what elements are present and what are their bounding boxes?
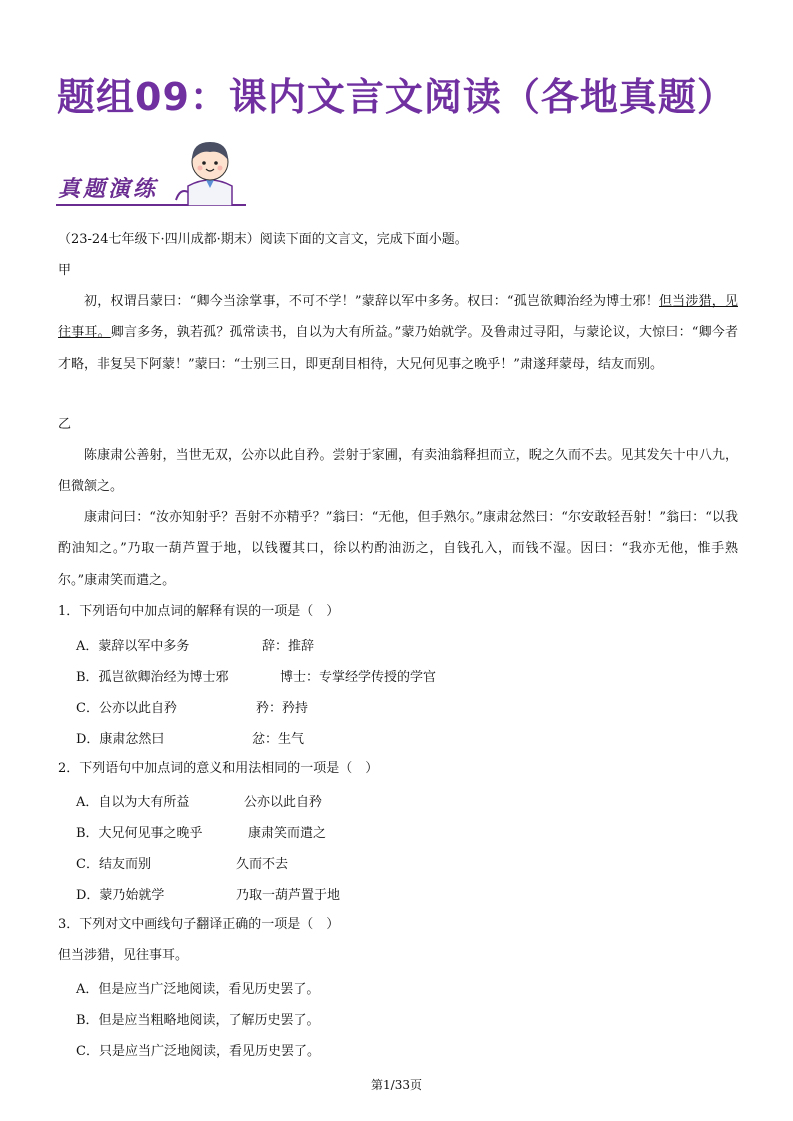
q1-option-d: D．康肃忿然曰忿：生气 (76, 728, 164, 747)
q1-option-a: A．蒙辞以军中多务辞：推辞 (76, 635, 189, 654)
q2-option-c: C．结友而别久而不去 (76, 853, 151, 872)
banner: 真题演练 (56, 134, 256, 210)
q2-option-d: D．蒙乃始就学乃取一葫芦置于地 (76, 884, 164, 903)
passage-jia-label: 甲 (58, 262, 71, 280)
question-3-stem: 3．下列对文中画线句子翻译正确的一项是（ ） (58, 916, 339, 934)
q2-option-b: B．大兄何见事之晚乎康肃笑而遣之 (76, 822, 203, 841)
passage-jia-part2: 卿言多务，孰若孤？孤常读书，自以为大有所益。”蒙乃始就学。及鲁肃过寻阳，与蒙论议… (58, 325, 738, 371)
passage-jia-text: 初，权谓吕蒙曰：“卿今当涂掌事，不可不学！”蒙辞以军中多务。权曰：“孤岂欲卿治经… (58, 286, 738, 380)
passage-yi-label: 乙 (58, 416, 71, 434)
q3-option-a: A．但是应当广泛地阅读，看见历史罢了。 (76, 978, 319, 997)
question-intro: （23-24七年级下·四川成都·期末）阅读下面的文言文，完成下面小题。 (58, 231, 468, 249)
q1-option-c: C．公亦以此自矜矜：矜持 (76, 697, 177, 716)
student-cartoon-icon (174, 134, 246, 206)
question-2-stem: 2．下列语句中加点词的意义和用法相同的一项是（ ） (58, 760, 378, 778)
q1-option-b: B．孤岂欲卿治经为博士邪博士：专掌经学传授的学官 (76, 666, 229, 685)
page-number: 第1/33页 (0, 1076, 793, 1093)
page-title: 题组09：课内文言文阅读（各地真题） (0, 66, 793, 121)
passage-yi-para2: 康肃问曰：“汝亦知射乎？吾射不亦精乎？”翁曰：“无他，但手熟尔。”康肃忿然曰：“… (58, 502, 738, 596)
banner-text: 真题演练 (58, 172, 158, 203)
passage-yi-para1: 陈康肃公善射，当世无双，公亦以此自矜。尝射于家圃，有卖油翁释担而立，睨之久而不去… (58, 440, 738, 503)
q3-option-b: B．但是应当粗略地阅读，了解历史罢了。 (76, 1009, 320, 1028)
q2-option-a: A．自以为大有所益公亦以此自矜 (76, 791, 189, 810)
question-3-sentence: 但当涉猎，见往事耳。 (58, 947, 188, 965)
q3-option-c: C．只是应当广泛地阅读，看见历史罢了。 (76, 1040, 320, 1059)
passage-jia-part1: 初，权谓吕蒙曰：“卿今当涂掌事，不可不学！”蒙辞以军中多务。权曰：“孤岂欲卿治经… (84, 294, 659, 309)
question-1-stem: 1．下列语句中加点词的解释有误的一项是（ ） (58, 603, 339, 621)
